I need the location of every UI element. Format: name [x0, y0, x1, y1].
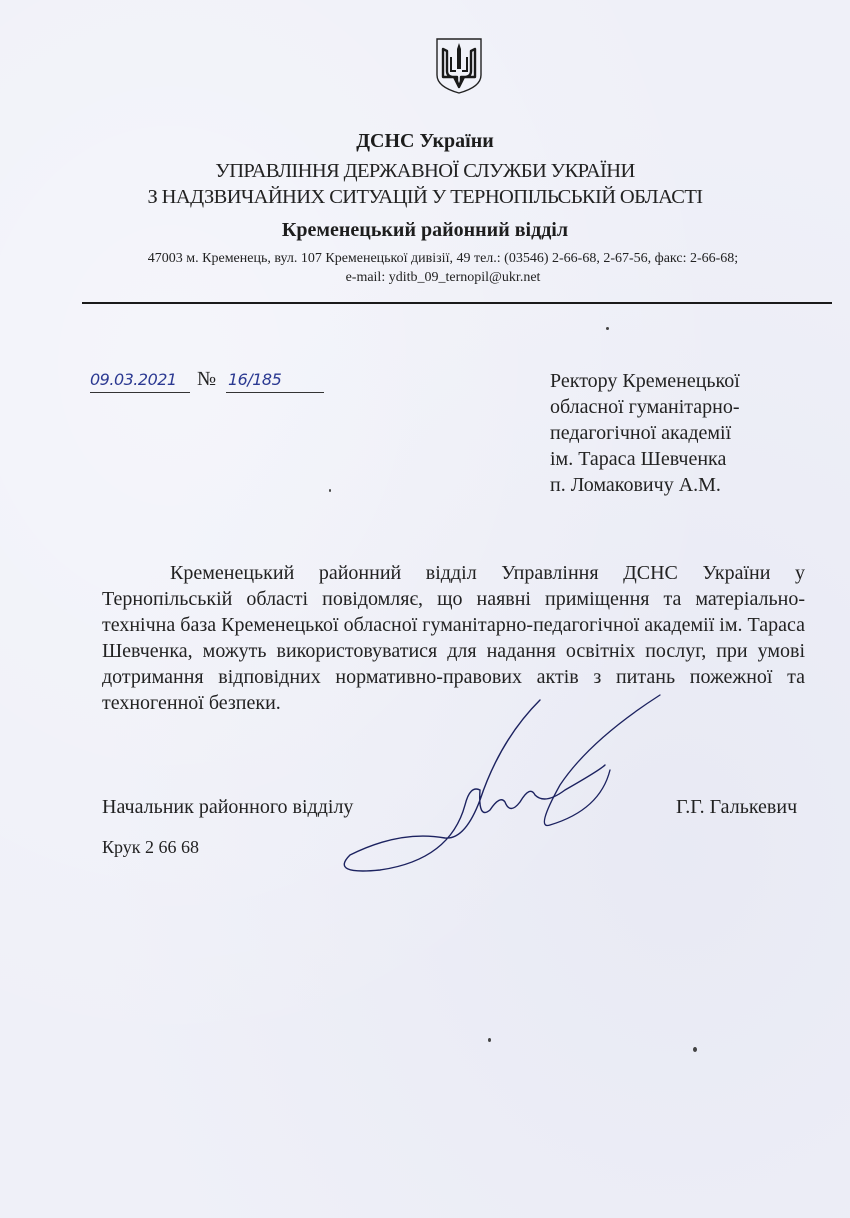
recipient-line: педагогічної академії — [550, 420, 740, 446]
agency-full-name-line2: З НАДЗВИЧАЙНИХ СИТУАЦІЙ У ТЕРНОПІЛЬСЬКІЙ… — [0, 186, 850, 209]
registration-number: 16/185 — [228, 370, 281, 389]
coat-of-arms-trident-icon — [434, 37, 484, 95]
number-label: № — [197, 368, 216, 391]
executor-contact: Крук 2 66 68 — [102, 837, 199, 858]
header-divider — [82, 302, 832, 304]
signatory-title: Начальник районного відділу — [102, 796, 353, 819]
scan-speck — [488, 1038, 491, 1042]
email-line: e-mail: yditb_09_ternopil@ukr.net — [18, 270, 850, 286]
recipient-line: обласної гуманітарно- — [550, 394, 740, 420]
handwritten-signature — [340, 690, 670, 875]
agency-full-name-line1: УПРАВЛІННЯ ДЕРЖАВНОЇ СЛУЖБИ УКРАЇНИ — [0, 160, 850, 183]
scan-speck — [693, 1047, 697, 1052]
scan-speck — [606, 327, 609, 330]
recipient-line: п. Ломаковичу А.М. — [550, 472, 740, 498]
department-name: Кременецький районний відділ — [0, 219, 850, 242]
address-line: 47003 м. Кременець, вул. 107 Кременецько… — [18, 251, 850, 267]
number-field: 16/185 — [226, 368, 324, 393]
registration-date: 09.03.2021 — [90, 370, 177, 389]
scan-speck — [329, 489, 331, 492]
recipient-block: Ректору Кременецької обласної гуманітарн… — [550, 368, 740, 498]
signatory-name: Г.Г. Галькевич — [676, 796, 797, 819]
recipient-line: ім. Тараса Шевченка — [550, 446, 740, 472]
document-page: ДСНС України УПРАВЛІННЯ ДЕРЖАВНОЇ СЛУЖБИ… — [0, 0, 850, 1218]
recipient-line: Ректору Кременецької — [550, 368, 740, 394]
date-field: 09.03.2021 — [90, 368, 190, 393]
agency-short-name: ДСНС України — [0, 130, 850, 153]
